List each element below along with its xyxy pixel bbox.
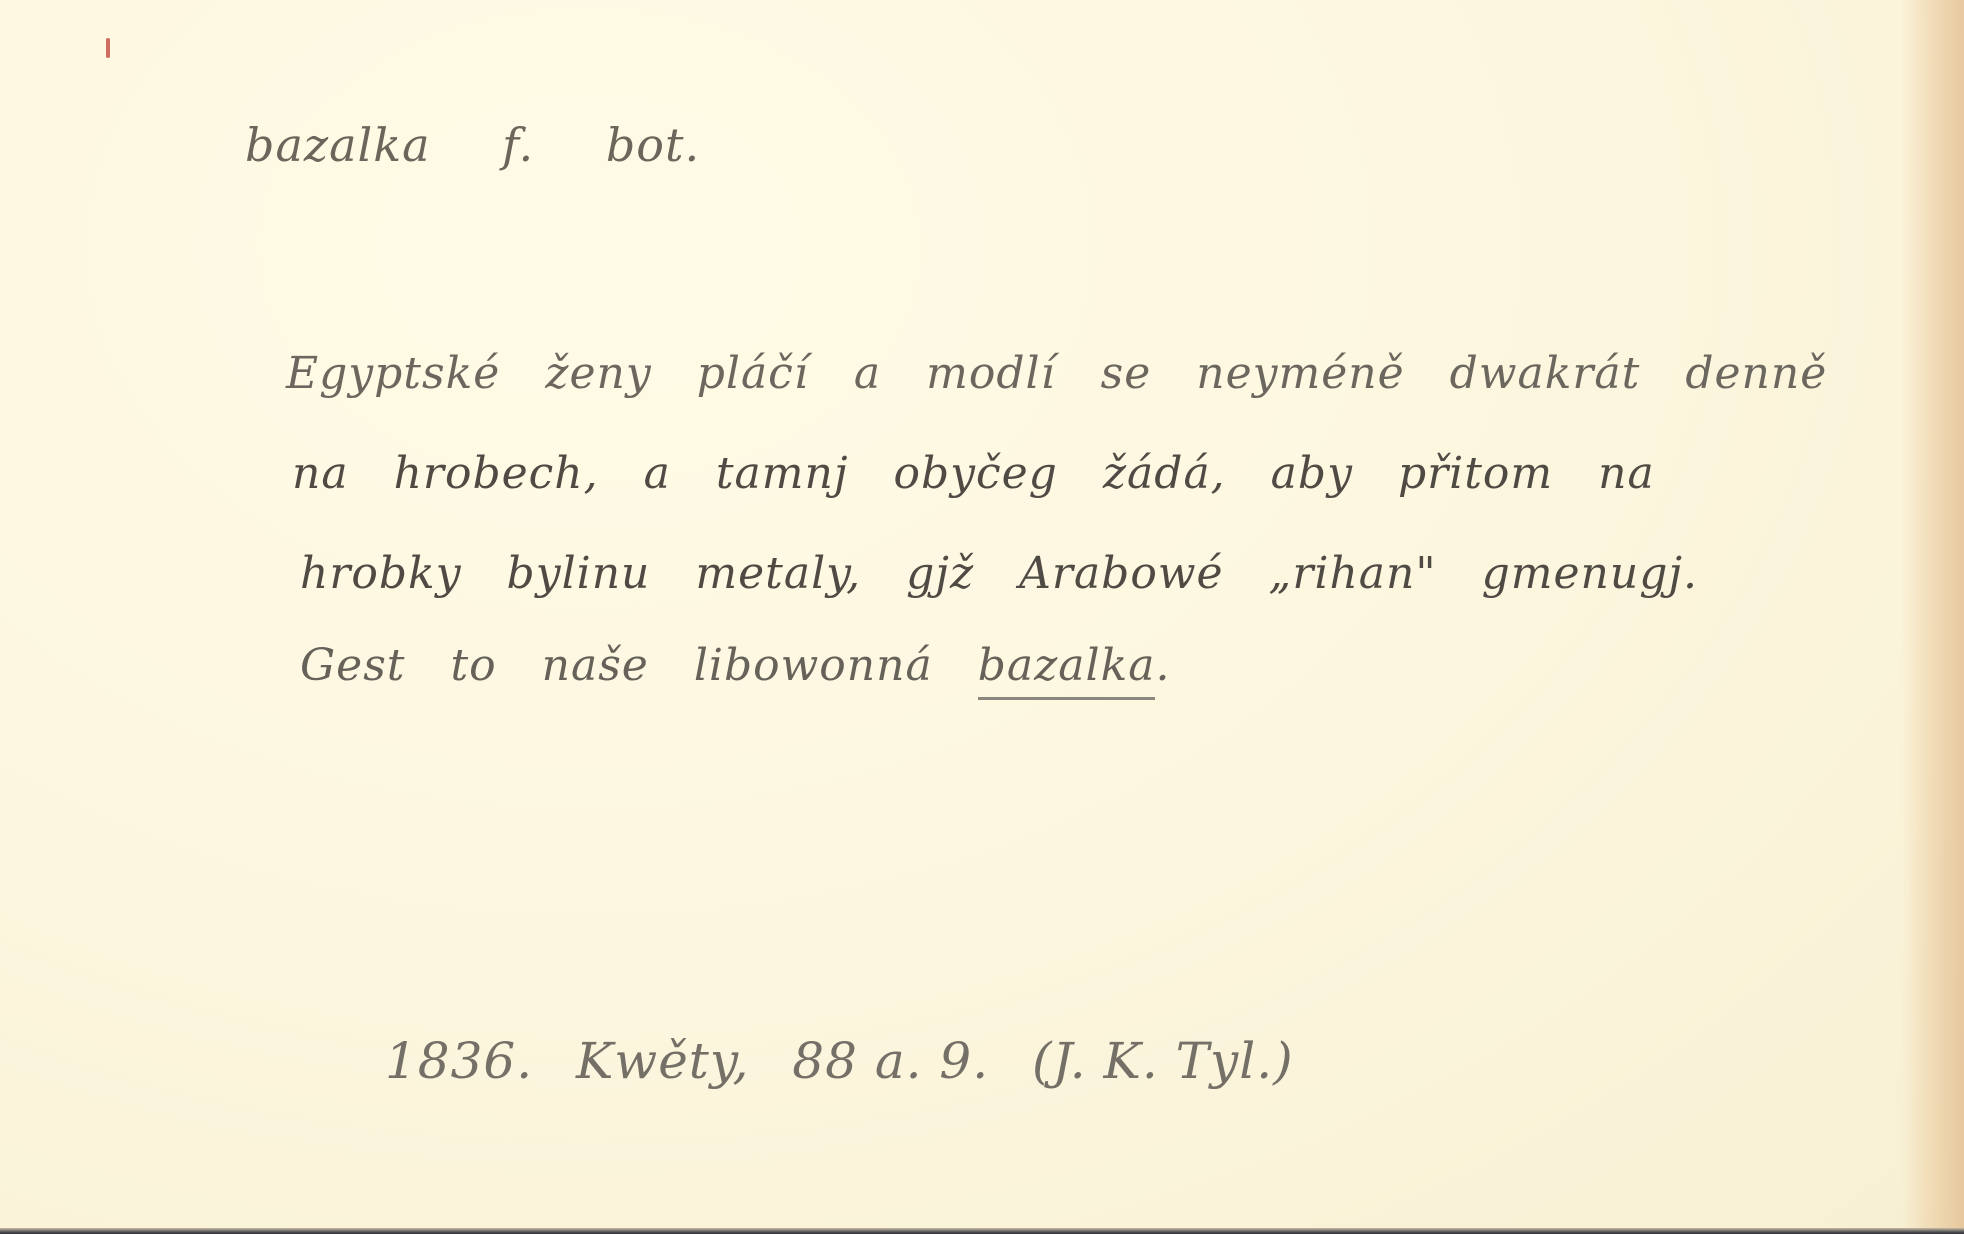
period: . bbox=[1155, 640, 1170, 691]
word: žádá, bbox=[1103, 448, 1226, 499]
word: přitom bbox=[1398, 448, 1553, 499]
word: „rihan" bbox=[1269, 548, 1437, 599]
word: dwakrát bbox=[1450, 348, 1641, 399]
word: hrobky bbox=[300, 548, 462, 599]
word: modlí bbox=[926, 348, 1056, 399]
word: na bbox=[292, 448, 349, 499]
body-line-4: Gest to naše libowonná bazalka. bbox=[300, 640, 1170, 691]
source-year: 1836. bbox=[385, 1032, 533, 1090]
index-card: bazalka f. bot. Egyptské ženy pláčí a mo… bbox=[0, 0, 1964, 1234]
gender-label: f. bbox=[502, 118, 534, 172]
headword: bazalka bbox=[245, 118, 431, 172]
word: metaly, bbox=[695, 548, 861, 599]
word: Egyptské bbox=[286, 348, 500, 399]
word: gjž bbox=[906, 548, 974, 599]
body-line-3: hrobky bylinu metaly, gjž Arabowé „rihan… bbox=[300, 548, 1728, 599]
source-citation: 1836. Kwěty, 88 a. 9. (J. K. Tyl.) bbox=[385, 1032, 1320, 1090]
underlined-headword: bazalka bbox=[978, 640, 1156, 700]
word: to bbox=[450, 640, 496, 691]
word: aby bbox=[1271, 448, 1353, 499]
word: a bbox=[854, 348, 881, 399]
word: denně bbox=[1685, 348, 1827, 399]
red-ink-mark bbox=[106, 38, 110, 58]
card-bottom-edge bbox=[0, 1228, 1964, 1234]
word: se bbox=[1101, 348, 1152, 399]
word: Arabowé bbox=[1019, 548, 1223, 599]
source-publication: Kwěty, bbox=[576, 1032, 749, 1090]
headword-line: bazalka f. bot. bbox=[245, 118, 756, 172]
word: a bbox=[644, 448, 671, 499]
word: pláčí bbox=[697, 348, 809, 399]
word: gmenugj. bbox=[1482, 548, 1698, 599]
word: tamnj bbox=[716, 448, 849, 499]
word: naše bbox=[542, 640, 649, 691]
word: hrobech, bbox=[394, 448, 599, 499]
word: na bbox=[1598, 448, 1655, 499]
word: obyčeg bbox=[893, 448, 1057, 499]
body-line-2: na hrobech, a tamnj obyčeg žádá, aby při… bbox=[292, 448, 1685, 499]
source-pages: 88 a. 9. bbox=[792, 1032, 989, 1090]
domain-label: bot. bbox=[606, 118, 700, 172]
word: libowonná bbox=[694, 640, 933, 691]
word: Gest bbox=[300, 640, 405, 691]
source-author: (J. K. Tyl.) bbox=[1032, 1032, 1294, 1090]
body-line-1: Egyptské ženy pláčí a modlí se neyméně d… bbox=[286, 348, 1857, 399]
word: neyméně bbox=[1196, 348, 1404, 399]
word: ženy bbox=[545, 348, 651, 399]
word: bylinu bbox=[507, 548, 651, 599]
